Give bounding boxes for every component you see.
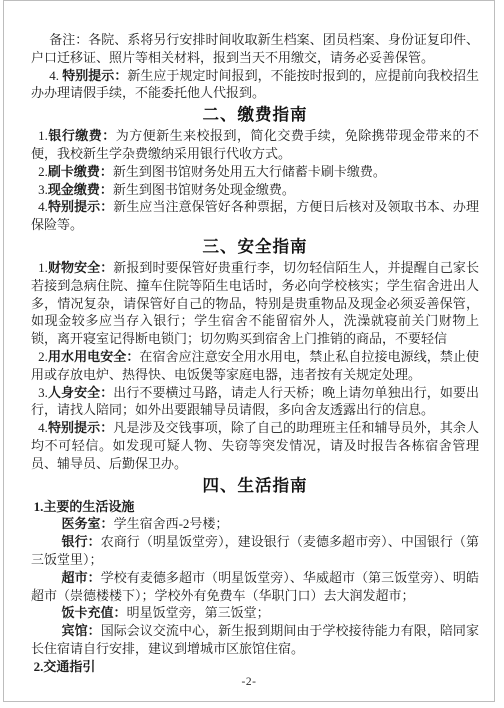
bold-run: 银行： (62, 534, 101, 549)
bold-run: 2.交通指引 (34, 659, 96, 674)
text-run: 3. (38, 385, 48, 400)
bold-run: 特别提示： (48, 420, 113, 435)
text-run: 学生宿舍西-2号楼； (114, 516, 229, 531)
paragraph: 4. 特别提示：新生应于规定时间报到，不能按时报到的，应提前向我校招生办办理请假… (31, 67, 479, 103)
paragraph: 3.现金缴费：新生到图书馆财务处现金缴费。 (31, 181, 479, 199)
text-run: 4. (49, 68, 62, 83)
section-heading: 三、安全指南 (31, 238, 479, 257)
bold-run: 1.主要的生活设施 (34, 499, 135, 514)
paragraph: 4.特别提示：凡是涉及交钱事项，除了自己的助理班主任和辅导员外，其余人均不可轻信… (31, 419, 479, 472)
bold-run: 宾馆： (62, 623, 101, 638)
bold-run: 银行缴费： (48, 128, 116, 143)
bold-run: 特别提示： (62, 68, 127, 83)
bold-run: 人身安全： (48, 385, 113, 400)
paragraph: 2.交通指引 (31, 658, 479, 676)
paragraph: 宾馆：国际会议交流中心，新生报到期间由于学校接待能力有限，陪同家长住宿请自行安排… (31, 622, 479, 658)
bold-run: 医务室： (62, 516, 114, 531)
text-run: 备注：各院、系将另行安排时间收取新生档案、团员档案、身份证复印件、户口迁移证、照… (31, 32, 479, 65)
bold-run: 三、安全指南 (203, 238, 308, 256)
bold-run: 用水用电安全： (48, 349, 140, 364)
paragraph: 饭卡充值：明星饭堂旁，第三饭堂； (31, 604, 479, 622)
paragraph: 1.主要的生活设施 (31, 498, 479, 516)
document-page: 备注：各院、系将另行安排时间收取新生档案、团员档案、身份证复印件、户口迁移证、照… (3, 0, 495, 702)
document-body: 备注：各院、系将另行安排时间收取新生档案、团员档案、身份证复印件、户口迁移证、照… (31, 31, 479, 676)
bold-run: 超市： (62, 570, 101, 585)
text-run: 明星饭堂旁，第三饭堂； (127, 605, 270, 620)
bold-run: 刷卡缴费： (48, 164, 113, 179)
text-run: 新生到图书馆财务处现金缴费。 (113, 182, 295, 197)
bold-run: 四、生活指南 (203, 477, 308, 495)
text-run: 4. (38, 420, 48, 435)
text-run: 2. (38, 349, 48, 364)
paragraph: 1.财物安全：新报到时要保管好贵重行李，切勿轻信陌生人，并提醒自己家长若接到急病… (31, 259, 479, 348)
bold-run: 现金缴费： (48, 182, 113, 197)
section-heading: 二、缴费指南 (31, 106, 479, 125)
text-run: 新生到图书馆财务处用五大行储蓄卡刷卡缴费。 (113, 164, 386, 179)
bold-run: 二、缴费指南 (203, 106, 308, 124)
bold-run: 饭卡充值： (62, 605, 127, 620)
text-run: 4. (38, 199, 48, 214)
paragraph: 备注：各院、系将另行安排时间收取新生档案、团员档案、身份证复印件、户口迁移证、照… (31, 31, 479, 67)
paragraph: 银行：农商行（明星饭堂旁），建设银行（麦德多超市旁）、中国银行（第三饭堂里）； (31, 533, 479, 569)
text-run: 1. (38, 128, 48, 143)
text-run: 2. (38, 164, 48, 179)
bold-run: 特别提示： (48, 199, 113, 214)
paragraph: 1.银行缴费：为方便新生来校报到，简化交费手续，免除携带现金带来的不便，我校新生… (31, 127, 479, 163)
paragraph: 2.刷卡缴费：新生到图书馆财务处用五大行储蓄卡刷卡缴费。 (31, 163, 479, 181)
paragraph: 4.特别提示：新生应当注意保管好各种票据，方便日后核对及领取书本、办理保险等。 (31, 198, 479, 234)
paragraph: 医务室：学生宿舍西-2号楼； (31, 515, 479, 533)
paragraph: 超市：学校有麦德多超市（明星饭堂旁）、华威超市（第三饭堂旁）、明皓超市（崇德楼楼… (31, 569, 479, 605)
bold-run: 财物安全： (48, 260, 113, 275)
paragraph: 3.人身安全：出行不要横过马路，请走人行天桥；晚上请勿单独出行，如要出行，请找人… (31, 384, 479, 420)
text-run: 1. (38, 260, 48, 275)
text-run: 3. (38, 182, 48, 197)
section-heading: 四、生活指南 (31, 477, 479, 496)
page-number: -2- (4, 676, 494, 688)
paragraph: 2.用水用电安全：在宿舍应注意安全用水用电，禁止私自拉接电源线，禁止使用或存放电… (31, 348, 479, 384)
